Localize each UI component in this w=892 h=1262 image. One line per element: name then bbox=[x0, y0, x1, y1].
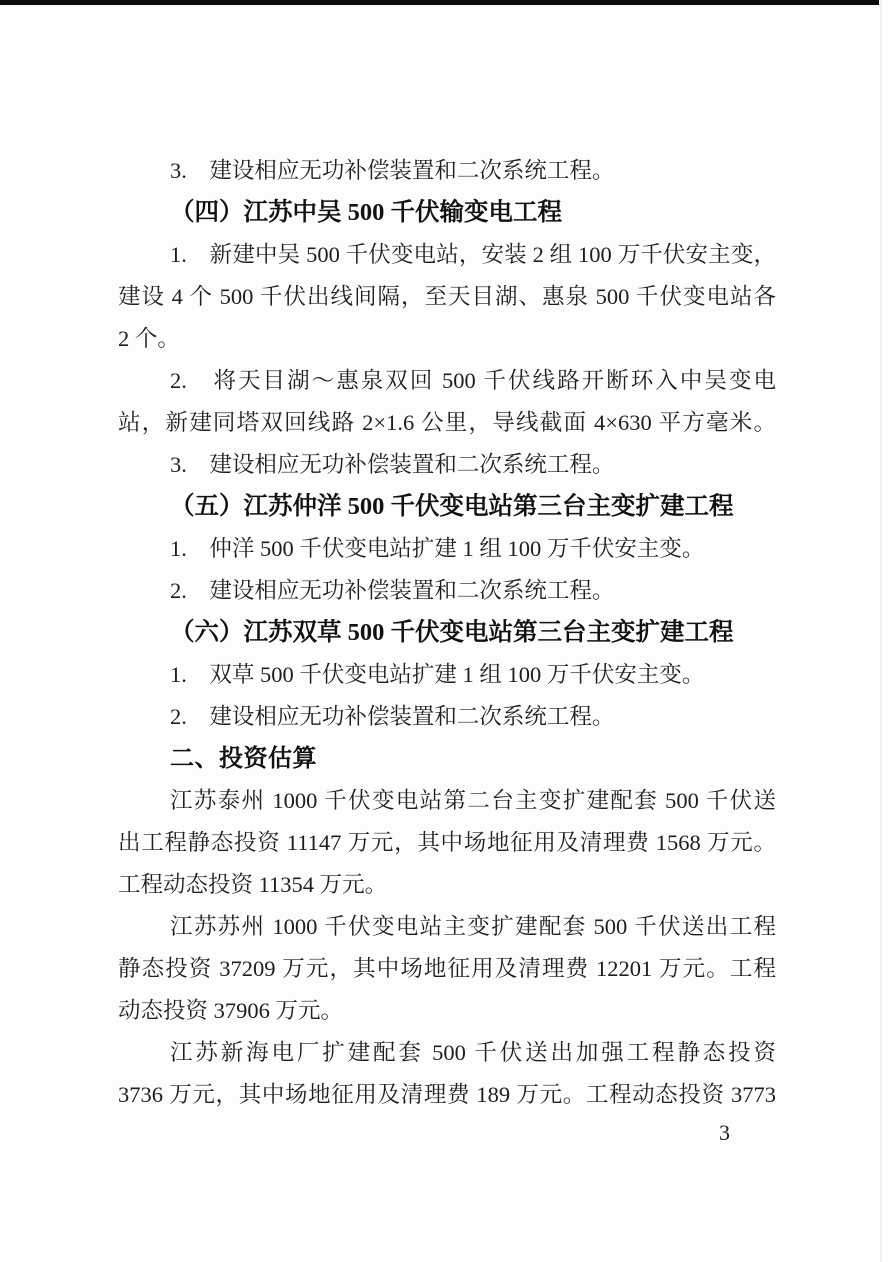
body-line-suzhou-invest-a: 江苏苏州 1000 千伏变电站主变扩建配套 500 千伏送出工程 bbox=[118, 906, 776, 948]
scanned-document-page: 3. 建设相应无功补偿装置和二次系统工程。 （四）江苏中吴 500 千伏输变电工… bbox=[0, 0, 892, 1262]
body-line-xinhai-invest-a: 江苏新海电厂扩建配套 500 千伏送出加强工程静态投资 bbox=[118, 1032, 776, 1074]
heading-section-6-shuangcao: （六）江苏双草 500 千伏变电站第三台主变扩建工程 bbox=[118, 612, 776, 654]
page-number: 3 bbox=[118, 1112, 776, 1154]
body-line-suzhou-invest-b: 静态投资 37209 万元，其中场地征用及清理费 12201 万元。工程 bbox=[118, 948, 776, 990]
body-line-taizhou-invest-b: 出工程静态投资 11147 万元，其中场地征用及清理费 1568 万元。 bbox=[118, 822, 776, 864]
body-line-zhongyang-item2: 2. 建设相应无功补偿装置和二次系统工程。 bbox=[118, 570, 776, 612]
body-line-suzhou-invest-c: 动态投资 37906 万元。 bbox=[118, 990, 776, 1032]
body-line-zhongwu-item2-b: 站，新建同塔双回线路 2×1.6 公里，导线截面 4×630 平方毫米。 bbox=[118, 402, 776, 444]
heading-section-4-zhongwu: （四）江苏中吴 500 千伏输变电工程 bbox=[118, 192, 776, 234]
heading-section-5-zhongyang: （五）江苏仲洋 500 千伏变电站第三台主变扩建工程 bbox=[118, 486, 776, 528]
body-line-shuangcao-item2: 2. 建设相应无功补偿装置和二次系统工程。 bbox=[118, 696, 776, 738]
body-line-zhongyang-item1: 1. 仲洋 500 千伏变电站扩建 1 组 100 万千伏安主变。 bbox=[118, 528, 776, 570]
body-line-zhongwu-item1-c: 2 个。 bbox=[118, 318, 776, 360]
body-line-taizhou-invest-a: 江苏泰州 1000 千伏变电站第二台主变扩建配套 500 千伏送 bbox=[118, 780, 776, 822]
body-line-xinhai-invest-b: 3736 万元，其中场地征用及清理费 189 万元。工程动态投资 3773 bbox=[118, 1074, 776, 1116]
body-line-item3-reactive: 3. 建设相应无功补偿装置和二次系统工程。 bbox=[118, 150, 776, 192]
heading-investment-estimate: 二、投资估算 bbox=[118, 738, 776, 780]
body-line-zhongwu-item3: 3. 建设相应无功补偿装置和二次系统工程。 bbox=[118, 444, 776, 486]
scan-right-edge-artifact bbox=[880, 0, 882, 1262]
body-line-taizhou-invest-c: 工程动态投资 11354 万元。 bbox=[118, 864, 776, 906]
body-line-zhongwu-item1-a: 1. 新建中吴 500 千伏变电站，安装 2 组 100 万千伏安主变， bbox=[118, 234, 776, 276]
body-line-shuangcao-item1: 1. 双草 500 千伏变电站扩建 1 组 100 万千伏安主变。 bbox=[118, 654, 776, 696]
document-body: 3. 建设相应无功补偿装置和二次系统工程。 （四）江苏中吴 500 千伏输变电工… bbox=[118, 150, 776, 1116]
body-line-zhongwu-item2-a: 2. 将天目湖～惠泉双回 500 千伏线路开断环入中吴变电 bbox=[118, 360, 776, 402]
body-line-zhongwu-item1-b: 建设 4 个 500 千伏出线间隔，至天目湖、惠泉 500 千伏变电站各 bbox=[118, 276, 776, 318]
scan-top-edge-artifact bbox=[0, 0, 879, 5]
